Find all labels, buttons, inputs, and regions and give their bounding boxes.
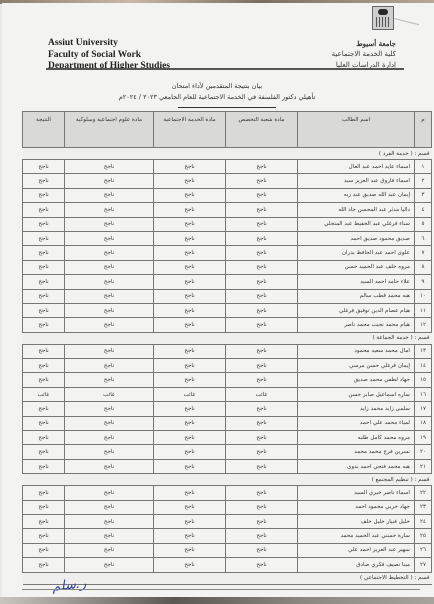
student-name: خليل فنيار خليل خلف [298,514,415,528]
specialization-grade: ناجح [226,160,298,174]
row-number: ١٥ [415,373,432,387]
header-divider [46,68,404,70]
table-row: ١٦ساره اسماعيل صابر حسنغائبغائبغائبغائب [23,387,432,401]
specialization-grade: ناجح [226,359,298,373]
social-sciences-grade: ناجح [65,217,154,231]
social-sciences-grade: ناجح [65,289,154,303]
result-status: ناجح [23,431,65,445]
student-name: ساره اسماعيل صابر حسن [298,387,415,401]
student-name: اسماء فاروق عبد العزيز سيد [298,174,415,188]
specialization-grade: ناجح [226,246,298,260]
student-name: جهاد حربي محمود احمد [298,500,415,514]
table-row: ١٣امال محمد سعيد محمودناجحناجحناجحناجح [23,344,432,358]
title-line-2: تأهيلي دكتور الفلسفة في الخدمة الاجتماعي… [0,93,434,101]
table-row: ٢٠نسرين فرج محمد محمدناجحناجحناجحناجح [23,445,432,459]
specialization-grade: ناجح [226,459,298,473]
social-sciences-grade: ناجح [65,500,154,514]
section-row: قسم : ( تنظيم المجتمع ) [23,474,432,486]
row-number: ١٠ [415,289,432,303]
social-work-grade: ناجح [154,231,226,245]
student-name: سناء فرغلي عبد الحفيظ عبد المتجلي [298,217,415,231]
specialization-grade: ناجح [226,344,298,358]
social-sciences-grade: ناجح [65,558,154,572]
result-status: ناجح [23,260,65,274]
result-status: ناجح [23,174,65,188]
table-row: ٦صديق محمود صديق احمدناجحناجحناجحناجح [23,231,432,245]
social-work-grade: ناجح [154,174,226,188]
student-name: إيمان عبد الله صديق عبد ربه [298,188,415,202]
social-work-grade: ناجح [154,275,226,289]
table-row: ١٥جهاد لطفي محمد صديقناجحناجحناجحناجح [23,373,432,387]
result-status: ناجح [23,373,65,387]
result-status: ناجح [23,344,65,358]
section-label: قسم : ( خدمة الفرد ) [23,148,432,160]
social-sciences-grade: ناجح [65,459,154,473]
social-work-grade: ناجح [154,402,226,416]
result-status: ناجح [23,445,65,459]
social-work-grade: ناجح [154,459,226,473]
table-row: ١٤إيمان فرغلي حسن مرسيناجحناجحناجحناجح [23,359,432,373]
header-faculty-ar: كلية الخدمة الاجتماعية [332,50,396,58]
row-number: ١٩ [415,431,432,445]
table-row: ٥سناء فرغلي عبد الحفيظ عبد المتجليناجحنا… [23,217,432,231]
student-name: مروه خلف عبد الحميد حسن [298,260,415,274]
result-status: ناجح [23,529,65,543]
specialization-grade: ناجح [226,318,298,332]
table-row: ٣إيمان عبد الله صديق عبد ربهناجحناجحناجح… [23,188,432,202]
social-sciences-grade: ناجح [65,344,154,358]
social-sciences-grade: ناجح [65,231,154,245]
student-name: سلمى زايد محمد زايد [298,402,415,416]
specialization-grade: ناجح [226,543,298,557]
student-name: داليا مدثر عبد المحسن جاد الله [298,203,415,217]
row-number: ٩ [415,275,432,289]
student-name: مروه محمد كامل طلبه [298,431,415,445]
signature-line [22,589,420,590]
student-name: سهير عبد العزيز احمد علي [298,543,415,557]
header-university-en: Assiut University [48,38,118,48]
row-number: ٢٦ [415,543,432,557]
title-line-1: بيان بنتيجة المتقدمين لأداء امتحان [0,82,434,90]
social-work-grade: ناجح [154,514,226,528]
result-status: ناجح [23,231,65,245]
result-status: ناجح [23,486,65,500]
row-number: ٤ [415,203,432,217]
student-name: صديق محمود صديق احمد [298,231,415,245]
social-work-grade: ناجح [154,160,226,174]
social-sciences-grade: ناجح [65,318,154,332]
row-number: ٢ [415,174,432,188]
social-work-grade: ناجح [154,188,226,202]
section-row: قسم : ( خدمة الجماعة ) [23,332,432,344]
result-status: ناجح [23,275,65,289]
row-number: ٦ [415,231,432,245]
table-row: ٢٤خليل فنيار خليل خلفناجحناجحناجحناجح [23,514,432,528]
result-status: ناجح [23,217,65,231]
social-sciences-grade: ناجح [65,543,154,557]
specialization-grade: ناجح [226,445,298,459]
social-sciences-grade: ناجح [65,529,154,543]
social-sciences-grade: ناجح [65,260,154,274]
row-number: ٣ [415,188,432,202]
row-number: ٧ [415,246,432,260]
social-work-grade: ناجح [154,500,226,514]
specialization-grade: ناجح [226,231,298,245]
table-row: ٢٧مينا نصيف فكري صادقناجحناجحناجحناجح [23,558,432,572]
social-work-grade: ناجح [154,416,226,430]
specialization-grade: ناجح [226,203,298,217]
specialization-grade: غائب [226,387,298,401]
table-row: ٢اسماء فاروق عبد العزيز سيدناجحناجحناجحن… [23,174,432,188]
social-sciences-grade: ناجح [65,303,154,317]
result-status: ناجح [23,402,65,416]
specialization-grade: ناجح [226,514,298,528]
specialization-grade: ناجح [226,558,298,572]
specialization-grade: ناجح [226,217,298,231]
section-label: قسم : ( خدمة الجماعة ) [23,332,432,344]
row-number: ٢١ [415,459,432,473]
row-number: ٢٧ [415,558,432,572]
student-name: هبه محمد قطب سالم [298,289,415,303]
social-work-grade: ناجح [154,344,226,358]
row-number: ١٨ [415,416,432,430]
row-number: ١ [415,160,432,174]
social-sciences-grade: ناجح [65,203,154,217]
table-row: ٨مروه خلف عبد الحميد حسنناجحناجحناجحناجح [23,260,432,274]
social-sciences-grade: ناجح [65,188,154,202]
student-name: امال محمد سعيد محمود [298,344,415,358]
student-name: نسرين فرج محمد محمد [298,445,415,459]
social-work-grade: ناجح [154,217,226,231]
social-sciences-grade: ناجح [65,402,154,416]
table-row: ٢٥سارة حسني عبد الحميد محمدناجحناجحناجحن… [23,529,432,543]
table-row: ١٩مروه محمد كامل طلبهناجحناجحناجحناجح [23,431,432,445]
result-status: ناجح [23,160,65,174]
social-work-grade: ناجح [154,303,226,317]
specialization-grade: ناجح [226,402,298,416]
row-number: ١٦ [415,387,432,401]
student-name: اسماء ناصر خيري السيد [298,486,415,500]
social-sciences-grade: ناجح [65,359,154,373]
result-status: ناجح [23,500,65,514]
social-work-grade: ناجح [154,543,226,557]
table-row: ٧علوى احمد عبد الحافظ بدرانناجحناجحناجحن… [23,246,432,260]
specialization-grade: ناجح [226,289,298,303]
specialization-grade: ناجح [226,188,298,202]
header-department-en: Department of Higher Studies [48,61,170,71]
specialization-grade: ناجح [226,529,298,543]
social-sciences-grade: ناجح [65,275,154,289]
social-work-grade: ناجح [154,246,226,260]
social-work-grade: ناجح [154,529,226,543]
specialization-grade: ناجح [226,260,298,274]
header-faculty-en: Faculty of Social Work [48,50,141,60]
result-status: ناجح [23,416,65,430]
university-logo-icon [372,6,394,30]
social-work-grade: غائب [154,387,226,401]
social-sciences-grade: ناجح [65,246,154,260]
table-row: ١٧سلمى زايد محمد زايدناجحناجحناجحناجح [23,402,432,416]
social-sciences-grade: ناجح [65,160,154,174]
result-status: ناجح [23,459,65,473]
row-number: ٢٠ [415,445,432,459]
social-work-grade: ناجح [154,445,226,459]
result-status: ناجح [23,303,65,317]
col-header-number: م [415,112,432,148]
result-status: ناجح [23,203,65,217]
specialization-grade: ناجح [226,486,298,500]
row-number: ٢٣ [415,500,432,514]
social-sciences-grade: غائب [65,387,154,401]
student-name: مينا نصيف فكري صادق [298,558,415,572]
result-status: ناجح [23,558,65,572]
social-work-grade: ناجح [154,260,226,274]
table-row: ٤داليا مدثر عبد المحسن جاد اللهناجحناجحن… [23,203,432,217]
student-name: لمياء محمد علي احمد [298,416,415,430]
table-row: ١٨لمياء محمد علي احمدناجحناجحناجحناجح [23,416,432,430]
table-row: ١اسماء عايد احمد عبد العالناجحناجحناجحنا… [23,160,432,174]
social-work-grade: ناجح [154,359,226,373]
table-row: ٢٦سهير عبد العزيز احمد عليناجحناجحناجحنا… [23,543,432,557]
specialization-grade: ناجح [226,275,298,289]
specialization-grade: ناجح [226,373,298,387]
row-number: ٥ [415,217,432,231]
section-row: قسم : ( خدمة الفرد ) [23,148,432,160]
student-name: اسماء عايد احمد عبد العال [298,160,415,174]
result-status: ناجح [23,246,65,260]
social-work-grade: ناجح [154,373,226,387]
result-status: ناجح [23,543,65,557]
result-status: ناجح [23,359,65,373]
row-number: ٢٤ [415,514,432,528]
student-name: هيام عصام الدين توفيق فرغلي [298,303,415,317]
social-work-grade: ناجح [154,318,226,332]
row-number: ١٣ [415,344,432,358]
social-sciences-grade: ناجح [65,514,154,528]
table-row: ١٠هبه محمد قطب سالمناجحناجحناجحناجح [23,289,432,303]
social-sciences-grade: ناجح [65,486,154,500]
col-header-student-name: اسم الطالب [298,112,415,148]
social-sciences-grade: ناجح [65,373,154,387]
table-row: ١١هيام عصام الدين توفيق فرغليناجحناجحناج… [23,303,432,317]
student-name: هيام محمد نجيب محمد ناصر [298,318,415,332]
specialization-grade: ناجح [226,500,298,514]
specialization-grade: ناجح [226,174,298,188]
results-table: م اسم الطالب مادة شعبة التخصص مادة الخدم… [22,111,432,585]
specialization-grade: ناجح [226,416,298,430]
table-row: ٢٣جهاد حربي محمود احمدناجحناجحناجحناجح [23,500,432,514]
table-row: ٢١هبه محمد فتحي احمد بدوىناجحناجحناجحناج… [23,459,432,473]
specialization-grade: ناجح [226,303,298,317]
row-number: ١٢ [415,318,432,332]
social-sciences-grade: ناجح [65,445,154,459]
student-name: علوى احمد عبد الحافظ بدران [298,246,415,260]
result-status: ناجح [23,514,65,528]
table-row: ٩علاء حامد احمد السيدناجحناجحناجحناجح [23,275,432,289]
result-status: ناجح [23,188,65,202]
col-header-specialization: مادة شعبة التخصص [226,112,298,148]
title-underline [178,107,276,108]
specialization-grade: ناجح [226,431,298,445]
row-number: ١١ [415,303,432,317]
row-number: ٢٢ [415,486,432,500]
row-number: ١٧ [415,402,432,416]
social-work-grade: ناجح [154,558,226,572]
student-name: علاء حامد احمد السيد [298,275,415,289]
section-label: قسم : ( تنظيم المجتمع ) [23,474,432,486]
social-work-grade: ناجح [154,289,226,303]
student-name: سارة حسني عبد الحميد محمد [298,529,415,543]
social-work-grade: ناجح [154,486,226,500]
social-work-grade: ناجح [154,203,226,217]
student-name: هبه محمد فتحي احمد بدوى [298,459,415,473]
student-name: إيمان فرغلي حسن مرسي [298,359,415,373]
col-header-social-work: مادة الخدمة الاجتماعية [154,112,226,148]
col-header-social-sciences: مادة علوم اجتماعية وسلوكية [65,112,154,148]
table-row: ١٢هيام محمد نجيب محمد ناصرناجحناجحناجحنا… [23,318,432,332]
col-header-result: النتيجة [23,112,65,148]
result-status: ناجح [23,289,65,303]
student-name: جهاد لطفي محمد صديق [298,373,415,387]
row-number: ١٤ [415,359,432,373]
table-body: قسم : ( خدمة الفرد )١اسماء عايد احمد عبد… [23,148,432,585]
social-sciences-grade: ناجح [65,431,154,445]
row-number: ٢٥ [415,529,432,543]
social-sciences-grade: ناجح [65,174,154,188]
table-header-row: م اسم الطالب مادة شعبة التخصص مادة الخدم… [23,112,432,148]
result-status: ناجح [23,318,65,332]
header-university-ar: جامعة أسيوط [356,39,396,48]
bottom-edge [0,597,434,604]
table-row: ٢٢اسماء ناصر خيري السيدناجحناجحناجحناجح [23,486,432,500]
row-number: ٨ [415,260,432,274]
social-work-grade: ناجح [154,431,226,445]
social-sciences-grade: ناجح [65,416,154,430]
result-status: غائب [23,387,65,401]
